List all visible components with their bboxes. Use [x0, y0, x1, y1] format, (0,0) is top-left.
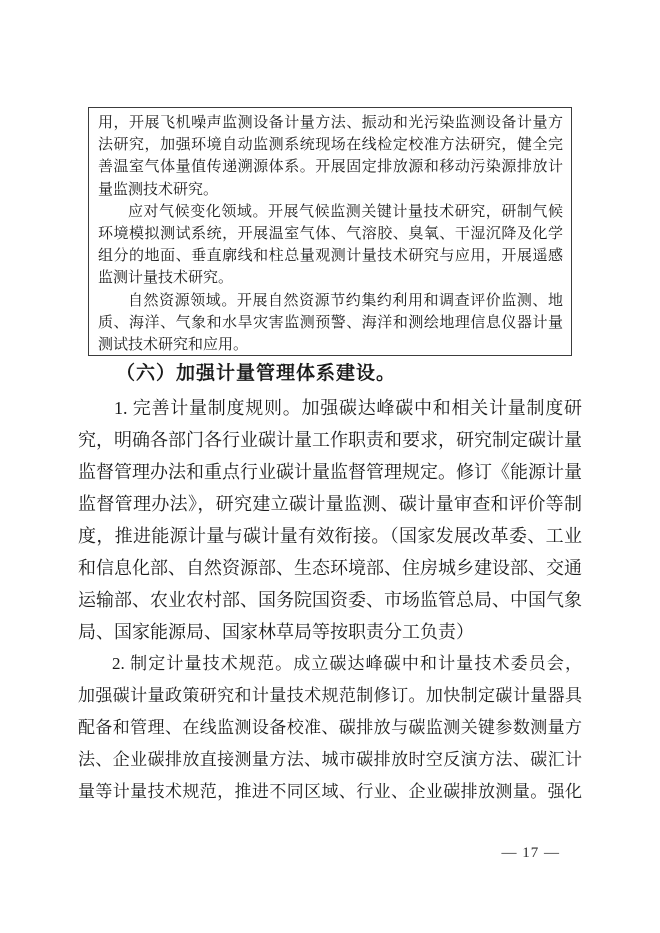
body-text-line: 加强碳计量政策研究和计量技术规范制修订。加快制定碳计量器具 [78, 680, 582, 712]
body-text-line: 配备和管理、在线监测设备校准、碳排放与碳监测关键参数测量方 [78, 712, 582, 744]
body-text-line: 局、国家能源局、国家林草局等按职责分工负责） [78, 616, 582, 648]
section-heading: （六）加强计量管理体系建设。 [78, 356, 582, 392]
quote-line: 法研究，加强环境自动监测系统现场在线检定校准方法研究，健全完 [98, 134, 563, 156]
body-text-line: 监督管理办法和重点行业碳计量监督管理规定。修订《能源计量 [78, 456, 582, 488]
quote-box: 用，开展飞机噪声监测设备计量方法、振动和光污染监测设备计量方 法研究，加强环境自… [88, 107, 572, 356]
body-text-line: 监督管理办法》，研究建立碳计量监测、碳计量审查和评价等制 [78, 488, 582, 520]
body-text-line: 法、企业碳排放直接测量方法、城市碳排放时空反演方法、碳汇计 [78, 744, 582, 776]
body-text-line: 和信息化部、自然资源部、生态环境部、住房城乡建设部、交通 [78, 552, 582, 584]
body-text-line: 究，明确各部门各行业碳计量工作职责和要求，研究制定碳计量 [78, 424, 582, 456]
quote-line: 善温室气体量值传递溯源体系。开展固定排放源和移动污染源排放计 [98, 156, 563, 178]
quote-line: 组分的地面、垂直廓线和柱总量观测计量技术研究与应用，开展遥感 [98, 245, 563, 267]
body-content: （六）加强计量管理体系建设。 1. 完善计量制度规则。加强碳达峰碳中和相关计量制… [78, 356, 582, 808]
body-text-line: 量等计量技术规范，推进不同区域、行业、企业碳排放测量。强化 [78, 776, 582, 808]
quote-line: 监测计量技术研究。 [98, 267, 563, 289]
quote-line: 量监测技术研究。 [98, 179, 563, 201]
quote-line: 质、海洋、气象和水旱灾害监测预警、海洋和测绘地理信息仪器计量 [98, 312, 563, 334]
body-text-line: 2. 制定计量技术规范。成立碳达峰碳中和计量技术委员会， [78, 648, 582, 680]
body-text-line: 度，推进能源计量与碳计量有效衔接。（国家发展改革委、工业 [78, 520, 582, 552]
body-text-line: 运输部、农业农村部、国务院国资委、市场监管总局、中国气象 [78, 584, 582, 616]
body-text-line: 1. 完善计量制度规则。加强碳达峰碳中和相关计量制度研 [78, 392, 582, 424]
quote-line: 自然资源领域。开展自然资源节约集约利用和调查评价监测、地 [98, 290, 563, 312]
quote-line: 用，开展飞机噪声监测设备计量方法、振动和光污染监测设备计量方 [98, 112, 563, 134]
quote-line: 环境模拟测试系统，开展温室气体、气溶胶、臭氧、干湿沉降及化学 [98, 223, 563, 245]
document-page: 用，开展飞机噪声监测设备计量方法、振动和光污染监测设备计量方 法研究，加强环境自… [0, 0, 660, 933]
page-number: — 17 — [502, 845, 561, 862]
quote-line: 应对气候变化领域。开展气候监测关键计量技术研究，研制气候 [98, 201, 563, 223]
quote-line: 测试技术研究和应用。 [98, 334, 563, 356]
